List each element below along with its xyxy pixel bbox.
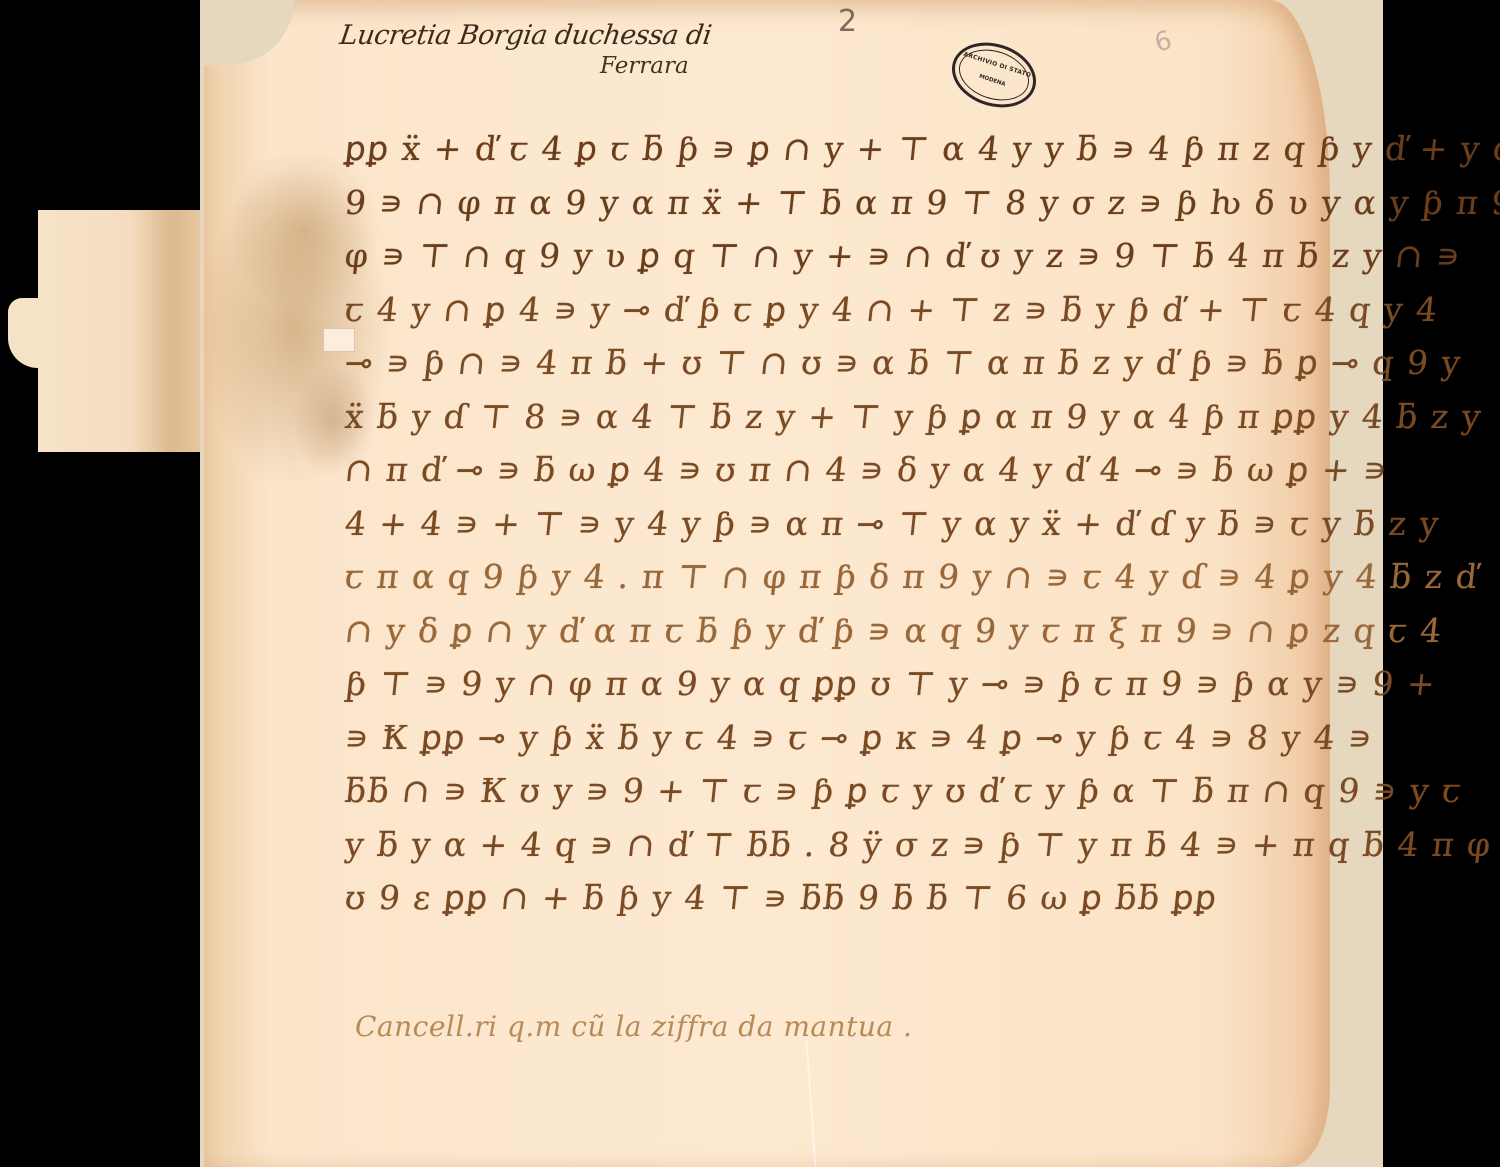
cipher-line: 9 ∍ ∩ φ π α 9 y α π ẍ + ⊤ ƃ α π 9 ⊤ 8 y … (342, 176, 1333, 230)
heading-sender: Lucretia Borgia duchessa di (338, 20, 713, 51)
cipher-line: ∍ Ꝁ ꝑꝑ ⊸ y ƥ ẍ ƃ y ꞇ 4 ∍ ꞇ ⊸ ꝑ ĸ ∍ 4 ꝑ ⊸… (342, 711, 1333, 765)
cipher-line: ẍ ƃ y ɗ ⊤ 8 ∍ α 4 ⊤ ƃ z y + ⊤ y ƥ ꝑ α π … (342, 390, 1333, 444)
closing-annotation: Cancell.ri q.m cũ la ziffra da mantua . (355, 1010, 912, 1043)
cipher-line: ꞇ 4 y ∩ ꝑ 4 ∍ y ⊸ ď ƥ ꞇ ꝑ y 4 ∩ + ⊤ z ∍ … (342, 283, 1333, 337)
cipher-line: ∩ y δ ꝑ ∩ y ď α π ꞇ ƃ ƥ y ď ƥ ∍ α q 9 y … (342, 604, 1333, 658)
attached-paper-tab (38, 210, 208, 452)
attached-paper-tab-notch (8, 298, 48, 368)
cipher-line: 4 + 4 ∍ + ⊤ ∍ y 4 y ƥ ∍ α π ⊸ ⊤ y α y ẍ … (342, 497, 1333, 551)
cipher-line: ƥ ⊤ ∍ 9 y ∩ φ π α 9 y α q ꝑꝑ ʊ ⊤ y ⊸ ∍ ƥ… (342, 657, 1333, 711)
cipher-line: ꞇ π α q 9 ƥ y 4 . π ⊤ ∩ φ π ƥ δ π 9 y ∩ … (342, 550, 1333, 604)
cipher-line: ʊ 9 ε ꝑꝑ ∩ + ƃ ƥ y 4 ⊤ ∍ ƃƃ 9 ƃ ƃ ⊤ 6 ω … (342, 871, 1333, 925)
cipher-line: ƃƃ ∩ ∍ Ꝁ ʊ y ∍ 9 + ⊤ ꞇ ∍ ƥ ꝑ ꞇ y ʊ ď ꞇ y… (342, 764, 1333, 818)
folio-number: 2 (838, 4, 857, 39)
cipher-text-block: ꝑꝑ ẍ + ď ꞇ 4 ꝑ ꞇ ƃ ƥ ∍ ꝑ ∩ y + ⊤ α 4 y y… (345, 122, 1330, 925)
cipher-line: ꝑꝑ ẍ + ď ꞇ 4 ꝑ ꞇ ƃ ƥ ∍ ꝑ ∩ y + ⊤ α 4 y y… (342, 122, 1333, 176)
cipher-line: ⊸ ∍ ƥ ∩ ∍ 4 π ƃ + ʊ ⊤ ∩ ʊ ∍ α ƃ ⊤ α π ƃ … (342, 336, 1333, 390)
cipher-line: y ƃ y α + 4 q ∍ ∩ ď ⊤ ƃƃ . 8 ÿ σ z ∍ ƥ ⊤… (342, 818, 1333, 872)
heading-place: Ferrara (600, 53, 711, 79)
document-heading: Lucretia Borgia duchessa di Ferrara (340, 20, 711, 79)
cipher-line: ∩ π ď ⊸ ∍ ƃ ω ꝑ 4 ∍ ʊ π ∩ 4 ∍ δ y α 4 y … (342, 443, 1333, 497)
cipher-line: φ ∍ ⊤ ∩ q 9 y ʋ ꝑ q ⊤ ∩ y + ∍ ∩ ď ʊ y z … (342, 229, 1333, 283)
